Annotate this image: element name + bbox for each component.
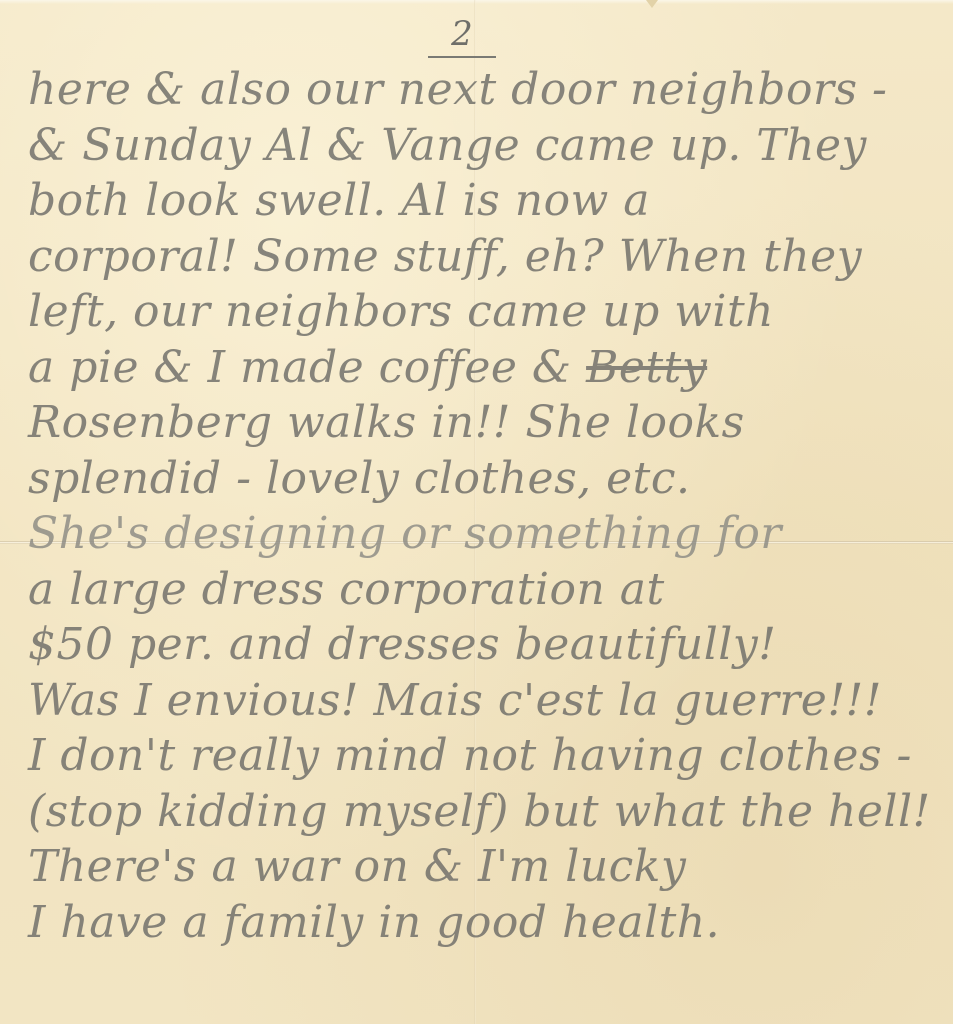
handwritten-line: (stop kidding myself) but what the hell! (28, 784, 938, 840)
handwritten-line: a large dress corporation at (28, 562, 938, 618)
page-number-underline (428, 56, 496, 58)
paper-top-edge (0, 0, 953, 4)
handwritten-line: both look swell. Al is now a (28, 173, 938, 229)
letter-page: 2 here & also our next door neighbors - … (0, 0, 953, 1024)
handwritten-line: splendid - lovely clothes, etc. (28, 451, 938, 507)
handwritten-line: I have a family in good health. (28, 895, 938, 951)
handwritten-line: Rosenberg walks in!! She looks (28, 395, 938, 451)
handwritten-line: & Sunday Al & Vange came up. They (28, 118, 938, 174)
page-number: 2 (432, 14, 492, 54)
handwritten-line: here & also our next door neighbors - (28, 62, 938, 118)
handwritten-line-with-strikethrough: a pie & I made coffee & Betty (28, 340, 938, 396)
handwritten-line: I don't really mind not having clothes - (28, 728, 938, 784)
handwritten-line: She's designing or something for (28, 506, 938, 562)
handwritten-line: $50 per. and dresses beautifully! (28, 617, 938, 673)
handwritten-body: here & also our next door neighbors - & … (28, 62, 938, 950)
paper-notch (646, 0, 658, 8)
struck-out-word: Betty (586, 342, 707, 393)
handwritten-line: corporal! Some stuff, eh? When they (28, 229, 938, 285)
handwritten-line: left, our neighbors came up with (28, 284, 938, 340)
handwritten-line: There's a war on & I'm lucky (28, 839, 938, 895)
handwritten-line: Was I envious! Mais c'est la guerre!!! (28, 673, 938, 729)
